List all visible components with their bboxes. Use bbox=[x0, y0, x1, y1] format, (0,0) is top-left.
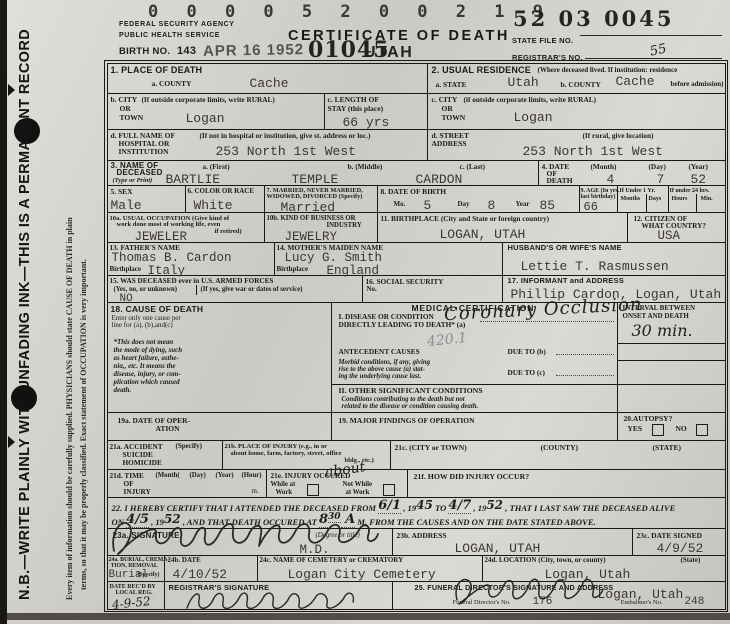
stay-value: 66 yrs bbox=[343, 116, 390, 129]
cause-note-2: line for (a), (b),and(c) bbox=[112, 322, 173, 330]
occupation-label-2: work done most of working life, even bbox=[117, 221, 221, 228]
certificate-form: 1. PLACE OF DEATH a. COUNTY Cache 2. USU… bbox=[104, 60, 728, 612]
residence-state-label: a. STATE bbox=[436, 81, 467, 89]
armed-divider bbox=[196, 285, 197, 295]
margin-arrow-icon bbox=[8, 436, 15, 448]
min-label: Min. bbox=[701, 196, 713, 203]
city-value: Logan bbox=[186, 112, 225, 125]
autopsy-no-label: NO bbox=[676, 425, 687, 433]
agency-line-1: FEDERAL SECURITY AGENCY bbox=[119, 21, 235, 28]
embalmer-no-label: Embalmer's No. bbox=[621, 599, 663, 606]
sex-label: 5. SEX bbox=[111, 188, 133, 196]
row-injury-type-place: 21a. ACCIDENT SUICIDE HOMICIDE (Specify)… bbox=[108, 441, 725, 470]
injury-year-label: (Year) bbox=[216, 472, 234, 479]
city-note: (If outside corporate limits, write RURA… bbox=[142, 96, 275, 104]
row-parents-spouse: 13. FATHER'S NAME Thomas B. Cardon Birth… bbox=[108, 243, 725, 276]
town-label: TOWN bbox=[120, 114, 144, 122]
agency-line-2: PUBLIC HEALTH SERVICE bbox=[119, 32, 220, 39]
race-value: White bbox=[194, 199, 233, 212]
attended-to-date: 4/7 bbox=[448, 498, 471, 514]
attended-to-year: 52 bbox=[486, 498, 503, 512]
due-to-b-blank-line bbox=[556, 354, 614, 355]
first-name-value: BARTLIE bbox=[166, 173, 221, 186]
or-label: OR bbox=[120, 105, 131, 113]
not-while-at-work-checkbox bbox=[383, 484, 395, 496]
armed-forces-label: 15. WAS DECEASED ever in U.S. ARMED FORC… bbox=[110, 278, 274, 286]
hospital-value: 253 North 1st West bbox=[216, 145, 356, 158]
first-name-label: a. (First) bbox=[203, 163, 230, 171]
hours-label: Hours bbox=[672, 196, 688, 203]
attended-from-year: 45 bbox=[416, 498, 433, 512]
cause-code-pencil: 420.1 bbox=[426, 330, 467, 348]
cause-of-death-section: 18. CAUSE OF DEATH Enter only one cause … bbox=[108, 303, 725, 441]
armed-forces-note-2: (If yes, give war or dates of service) bbox=[201, 286, 303, 293]
injury-m-label: m. bbox=[252, 488, 259, 496]
how-injury-occur-label: 21f. HOW DID INJURY OCCUR? bbox=[414, 473, 530, 482]
injury-city-label: 21c. (CITY or TOWN) bbox=[395, 444, 467, 452]
other-conditions-note-2: related to the disease or condition caus… bbox=[342, 403, 479, 410]
row-registrar-funeral: DATE REC'D BY LOCAL REG. 4-9-52 REGISTRA… bbox=[108, 582, 725, 609]
place-of-injury-label-2: about home, farm, factory, street, offic… bbox=[231, 450, 342, 457]
autopsy-no-checkbox bbox=[696, 424, 708, 436]
injury-month-label: (Month( bbox=[156, 472, 180, 479]
embalmer-no-value: 248 bbox=[685, 597, 705, 608]
burial-location-label: 24d. LOCATION (City, town, or county) bbox=[485, 557, 606, 565]
row-city-stay: b. CITY (If outside corporate limits, wr… bbox=[108, 94, 725, 130]
margin-note-small-1: Every item of information should be care… bbox=[66, 217, 74, 600]
occupation-label-3: if retired) bbox=[215, 228, 242, 235]
burial-label-2: TION, REMOVAL bbox=[111, 563, 158, 569]
spouse-value: Lettie T. Rasmussen bbox=[521, 260, 669, 273]
work-label: Work bbox=[276, 489, 293, 496]
middle-name-label: b. (Middle) bbox=[348, 163, 383, 171]
year-label: (Year) bbox=[689, 163, 708, 171]
funeral-director-signature bbox=[451, 574, 606, 608]
certify-line1-e: , THAT I LAST SAW THE DECEASED ALIVE bbox=[505, 503, 675, 513]
birthdate-label: 8. DATE OF BIRTH bbox=[381, 188, 447, 196]
residence-county-value: Cache bbox=[616, 75, 655, 88]
row-sex-race-marital-dob-age: 5. SEX Male 6. COLOR OR RACE White 7. MA… bbox=[108, 186, 725, 213]
name-title-3: (Type or Print) bbox=[113, 177, 153, 184]
attended-from-date: 6/1 bbox=[378, 498, 401, 514]
date-signed-label: 23c. DATE SIGNED bbox=[637, 532, 703, 540]
row-physician-signature: 23a. SIGNATURE (Degree or title) M.D. 23… bbox=[108, 529, 725, 556]
birthplace-label: 11. BIRTHPLACE (City and State or foreig… bbox=[381, 215, 550, 223]
morbid-note-3: ing the underlying cause last. bbox=[339, 373, 422, 380]
month-label: (Month) bbox=[591, 163, 617, 171]
armed-forces-note-1: (Yes, no, or unknown) bbox=[114, 286, 178, 293]
certify-line1-d: , 19 bbox=[473, 503, 486, 513]
operation-date-label-2: ATION bbox=[156, 425, 180, 433]
residence-note-2: before admission) bbox=[671, 81, 724, 89]
hospital-label-3: INSTITUTION bbox=[119, 148, 169, 156]
age-divider bbox=[617, 186, 618, 213]
under-24hrs-label: If under 24 hrs. bbox=[670, 188, 710, 195]
occupation-value: JEWELER bbox=[135, 231, 188, 244]
days-label: Days bbox=[649, 196, 662, 203]
state-file-stamp: 52 03 0045 bbox=[513, 6, 675, 31]
interval-blank-row-2 bbox=[618, 361, 725, 385]
due-to-b-label: DUE TO (b) bbox=[508, 348, 546, 356]
interval-blank-row-1 bbox=[618, 344, 725, 361]
street-label-2: ADDRESS bbox=[432, 140, 467, 148]
months-label: Months bbox=[621, 196, 641, 203]
autopsy-yes-label: YES bbox=[628, 425, 643, 433]
date-received-value: 4-9-52 bbox=[111, 595, 151, 611]
street-value: 253 North 1st West bbox=[523, 145, 663, 158]
certify-line1-c: TO bbox=[435, 503, 448, 513]
injury-state-label: (STATE) bbox=[653, 444, 681, 452]
serial-number-stamp: 0 0 0 0 5 2 0 0 2 1 9 bbox=[148, 2, 552, 22]
age-value: 66 bbox=[584, 201, 598, 213]
deathdate-title-3: DEATH bbox=[547, 177, 573, 185]
res-town-label: TOWN bbox=[442, 114, 466, 122]
place-of-death-title: 1. PLACE OF DEATH bbox=[111, 66, 203, 76]
cemetery-value: Logan City Cemetery bbox=[288, 568, 436, 581]
state-file-blank-line bbox=[580, 35, 722, 36]
death-month-value: 4 bbox=[607, 173, 615, 186]
ssn-label: 16. SOCIAL SECURITY bbox=[366, 278, 444, 286]
received-date-stamp: APR 16 1952 bbox=[203, 41, 304, 60]
registrar-no-value: 55 bbox=[649, 42, 668, 58]
last-name-label: c. (Last) bbox=[460, 163, 486, 171]
middle-name-value: TEMPLE bbox=[292, 173, 339, 186]
registrar-signature bbox=[183, 588, 358, 614]
physician-signature bbox=[106, 513, 381, 559]
burial-location-state-note: (State) bbox=[681, 557, 701, 565]
address-label: 23b. ADDRESS bbox=[397, 532, 447, 540]
under24-divider bbox=[668, 186, 669, 213]
death-year-value: 52 bbox=[691, 173, 707, 186]
while-at-work-checkbox bbox=[307, 484, 319, 496]
father-value: Thomas B. Cardon bbox=[112, 252, 232, 265]
hospital-note: (If not in hospital or institution, give… bbox=[200, 132, 371, 140]
county-value: Cache bbox=[250, 77, 289, 90]
race-label: 6. COLOR OR RACE bbox=[188, 188, 255, 196]
ssn-no-label: No. bbox=[367, 286, 377, 294]
stay-label-2: STAY (this place) bbox=[328, 105, 384, 113]
hours-min-divider bbox=[696, 194, 697, 213]
birthdate-mo-value: 5 bbox=[424, 199, 432, 212]
under-1yr-label: If Under 1 Yr. bbox=[620, 188, 656, 195]
months-days-divider bbox=[646, 194, 647, 213]
res-city-label: c. CITY bbox=[432, 96, 458, 104]
industry-value: JEWELRY bbox=[285, 231, 338, 244]
mother-birthplace-label: Birthplace bbox=[277, 266, 309, 274]
day-label: (Day) bbox=[649, 163, 666, 171]
birth-no-label: BIRTH NO. bbox=[119, 46, 170, 57]
street-note: (If rural, give location) bbox=[583, 132, 654, 140]
residence-note-1: (Where deceased lived. If institution: r… bbox=[538, 67, 678, 75]
birthdate-mo-label: Mo. bbox=[394, 201, 406, 209]
birthdate-day-label: Day bbox=[458, 201, 470, 209]
county-label: a. COUNTY bbox=[152, 80, 192, 88]
burial-specify-note: (Specify) bbox=[138, 572, 160, 578]
birthplace-value: LOGAN, UTAH bbox=[440, 228, 526, 241]
injury-hour-label: (Hour) bbox=[242, 472, 262, 479]
interval-value: 30 min. bbox=[632, 323, 693, 339]
margin-note-small-2: terms, so that it may be properly classi… bbox=[80, 259, 88, 590]
last-name-value: CARDON bbox=[416, 173, 463, 186]
margin-arrow-icon bbox=[8, 84, 15, 96]
accident-specify-note: (Specify) bbox=[176, 443, 202, 451]
row-occupation-birthplace: 10a. USUAL OCCUPATION (Give kind of work… bbox=[108, 213, 725, 243]
date-signed-value: 4/9/52 bbox=[657, 542, 704, 555]
spouse-label: HUSBAND'S OR WIFE'S NAME bbox=[508, 244, 622, 252]
interval-blank-row-3 bbox=[618, 385, 725, 413]
res-or-label: OR bbox=[442, 105, 453, 113]
residence-state-value: Utah bbox=[508, 76, 539, 89]
due-to-c-blank-line bbox=[556, 375, 614, 376]
cause-title: 18. CAUSE OF DEATH bbox=[111, 305, 204, 314]
row-burial: 24a. BURIAL, CREMA- TION, REMOVAL Burial… bbox=[108, 556, 725, 582]
death-day-value: 7 bbox=[657, 173, 665, 186]
injury-day-label: (Day) bbox=[190, 472, 206, 479]
other-conditions-label: II. OTHER SIGNIFICANT CONDITIONS bbox=[339, 387, 483, 396]
informant-label: 17. INFORMANT and ADDRESS bbox=[508, 277, 624, 285]
death-certificate-scan: N.B.—WRITE PLAINLY WITH UNFADING INK—THI… bbox=[0, 0, 730, 624]
cause-footnote-7: death. bbox=[114, 387, 132, 395]
usual-residence-title: 2. USUAL RESIDENCE bbox=[432, 66, 531, 76]
certify-line2-d: M, FROM THE CAUSES AND ON THE DATE STATE… bbox=[357, 517, 595, 527]
while-at-label: While at bbox=[271, 481, 296, 488]
birthdate-day-value: 8 bbox=[488, 199, 496, 212]
not-while-label: Not While bbox=[343, 481, 373, 488]
state-file-no-label: STATE FILE NO. bbox=[512, 36, 573, 45]
citizen-value: USA bbox=[658, 230, 681, 243]
scan-bottom-edge bbox=[7, 613, 730, 620]
autopsy-label: 20.AUTOPSY? bbox=[624, 415, 673, 423]
certify-line1-b: , 19 bbox=[403, 503, 416, 513]
row-place-residence: 1. PLACE OF DEATH a. COUNTY Cache 2. USU… bbox=[108, 64, 725, 94]
injury-county-label: (COUNTY) bbox=[541, 444, 579, 452]
due-to-c-label: DUE TO (c) bbox=[508, 369, 545, 377]
margin-note-bold: N.B.—WRITE PLAINLY WITH UNFADING INK—THI… bbox=[18, 29, 33, 600]
father-birthplace-label: Birthplace bbox=[110, 266, 142, 274]
birthdate-year-value: 85 bbox=[540, 199, 556, 212]
sex-value: Male bbox=[111, 199, 142, 212]
at-work-label: at Work bbox=[346, 489, 370, 496]
row-name-deathdate: 3. NAME OF DECEASED (Type or Print) a. (… bbox=[108, 161, 725, 186]
autopsy-yes-checkbox bbox=[652, 424, 664, 436]
address-value: LOGAN, UTAH bbox=[455, 542, 541, 555]
mother-value: Lucy G. Smith bbox=[285, 252, 383, 265]
city-label: b. CITY bbox=[111, 96, 138, 104]
interval-label-2: ONSET AND DEATH bbox=[623, 313, 689, 321]
res-city-note: (if outside corporate limits, write RURA… bbox=[464, 96, 597, 104]
row-injury-time-how: 21d. TIME OF INJURY (Month( (Day) (Year)… bbox=[108, 470, 725, 498]
antecedent-label: ANTECEDENT CAUSES bbox=[339, 348, 420, 356]
residence-county-label: b. COUNTY bbox=[561, 81, 601, 89]
birth-no-value: 143 bbox=[177, 45, 196, 57]
birthdate-year-label: Year bbox=[516, 201, 530, 209]
industry-label-2: INDUSTRY bbox=[327, 222, 362, 229]
certify-line1-a: 22. I HEREBY CERTIFY THAT I ATTENDED THE… bbox=[112, 503, 377, 513]
stay-label-1: c. LENGTH OF bbox=[328, 96, 379, 104]
row-institution-street: d. FULL NAME OF HOSPITAL OR INSTITUTION … bbox=[108, 130, 725, 161]
time-of-injury-label-3: INJURY bbox=[124, 488, 151, 496]
res-city-value: Logan bbox=[514, 111, 553, 124]
burial-date-value: 4/10/52 bbox=[173, 568, 228, 581]
scan-left-edge bbox=[0, 0, 7, 624]
homicide-label: HOMICIDE bbox=[123, 459, 162, 467]
major-findings-label: 19. MAJOR FINDINGS OF OPERATION bbox=[339, 417, 475, 425]
